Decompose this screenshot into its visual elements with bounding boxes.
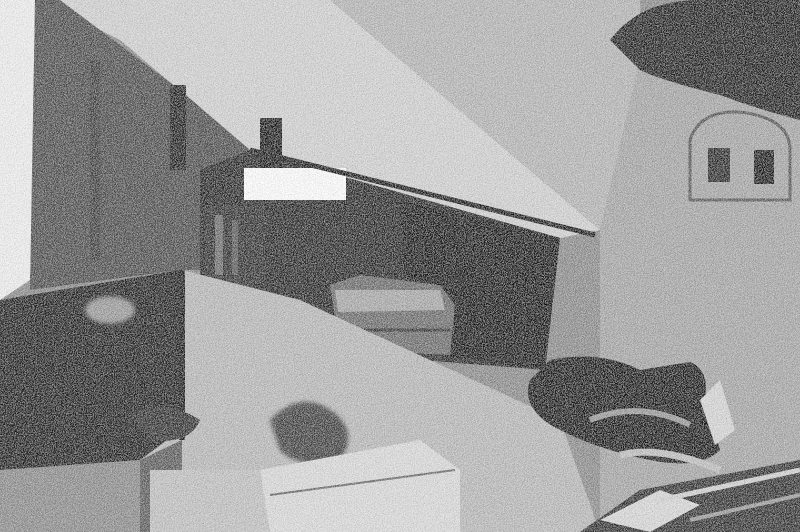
photo-canvas (0, 0, 800, 532)
attic-photo: Grainy high-contrast black-and-white pho… (0, 0, 800, 532)
grain-overlay (0, 0, 800, 532)
